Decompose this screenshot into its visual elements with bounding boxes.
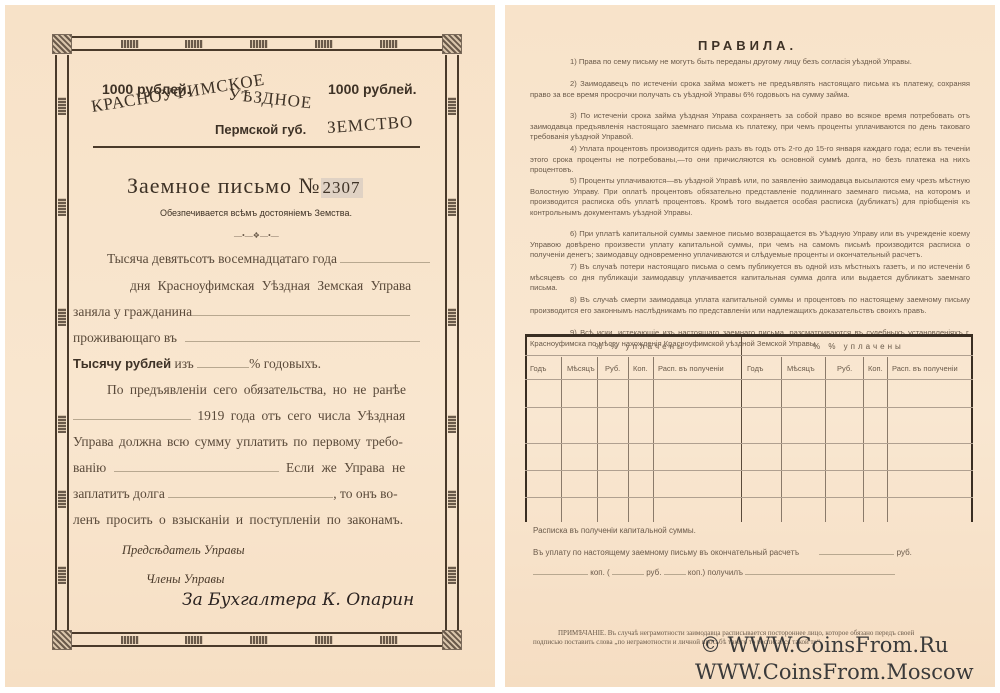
border-ornament-icon	[448, 566, 456, 584]
body-line-4: проживающаго въ	[73, 330, 420, 346]
frame-bottom-line-inner	[65, 645, 450, 647]
column-header: Мѣсяцъ	[567, 364, 595, 373]
border-ornament-icon	[380, 40, 398, 48]
table-border-right	[971, 337, 973, 522]
border-ornament-icon	[315, 40, 333, 48]
column-header: Расп. въ полученiи	[892, 364, 958, 373]
border-ornament-icon	[250, 40, 268, 48]
rule-6: 6) При уплатѣ капитальной суммы заемное …	[530, 229, 970, 261]
group-header-left: % % уплачены	[595, 342, 686, 351]
body-line-8: Управа должна всю сумму уплатить по перв…	[73, 434, 403, 450]
rule-4: 4) Уплата процентовъ производится одинъ …	[530, 144, 970, 176]
table-border-left	[525, 337, 527, 522]
column-header: Руб.	[605, 364, 620, 373]
loan-letter-back-page: ПРАВИЛА. 1) Права по сему письму не могу…	[505, 5, 995, 687]
document-title-text: Заемное письмо №	[127, 173, 321, 198]
border-ornament-icon	[58, 415, 66, 433]
issuer-arc-title-mid: УѢЗДНОЕ	[227, 85, 313, 114]
receipt-line-2: коп. ( руб. коп.) получилъ	[533, 568, 895, 577]
debt-field[interactable]	[168, 488, 333, 498]
frame-right-line-inner	[457, 55, 459, 632]
serial-number: 2307	[321, 178, 363, 198]
body-line-7: 1919 года отъ сего числа Уѣздная	[73, 408, 405, 424]
receipt-line-1: Въ уплату по настоящему заемному письму …	[533, 548, 912, 557]
border-ornament-icon	[448, 198, 456, 216]
kopecks-field[interactable]	[533, 568, 588, 575]
rubles-words-field[interactable]	[612, 568, 644, 575]
loan-letter-front-page: 1000 рублей. 1000 рублей. КРАСНОУФИМСКОЕ…	[5, 5, 495, 687]
column-header: Коп.	[868, 364, 883, 373]
kopecks-words-field[interactable]	[664, 568, 686, 575]
frame-right-line	[445, 55, 447, 632]
body-line-2: дня Красноуфимская Уѣздная Земская Управ…	[130, 278, 411, 294]
chairman-label: Предсѣдатель Управы	[122, 543, 245, 558]
border-ornament-icon	[121, 40, 139, 48]
watermark-line-1: © WWW.CoinsFrom.Ru	[700, 633, 948, 657]
border-ornament-icon	[58, 490, 66, 508]
rules-title: ПРАВИЛА.	[698, 38, 797, 53]
frame-bottom-line	[65, 632, 450, 634]
rule-2: 2) Заимодавецъ по истеченiи срока займа …	[530, 79, 970, 100]
interest-rate-field[interactable]	[197, 358, 249, 368]
border-ornament-icon	[448, 490, 456, 508]
border-ornament-icon	[58, 198, 66, 216]
body-line-11: ленъ просить о взысканiи и поступленiи п…	[73, 512, 403, 528]
accountant-signature: За Бухгалтера К. Опарин	[182, 590, 414, 610]
body-line-6: По предъявленiи сего обязательства, но н…	[107, 382, 406, 398]
secured-by-text: Обезпечивается всѣмъ достоянiемъ Земства…	[160, 208, 352, 218]
corner-ornament-icon	[52, 34, 72, 54]
year-day-field[interactable]	[340, 253, 430, 263]
border-ornament-icon	[58, 97, 66, 115]
border-ornament-icon	[380, 636, 398, 644]
issuer-arc-title-right: ЗЕМСТВО	[326, 112, 414, 138]
rule-7: 7) Въ случаѣ потери настоящаго письма о …	[530, 262, 970, 294]
received-by-field[interactable]	[745, 568, 895, 575]
document-title: Заемное письмо №2307	[127, 173, 363, 199]
border-ornament-icon	[448, 97, 456, 115]
province-label: Пермской губ.	[215, 122, 306, 137]
border-ornament-icon	[58, 566, 66, 584]
body-line-3: заняла у гражданина	[73, 304, 410, 320]
border-ornament-icon	[448, 308, 456, 326]
demand-field[interactable]	[114, 462, 279, 472]
column-header: Расп. въ полученiи	[658, 364, 724, 373]
border-ornament-icon	[58, 308, 66, 326]
column-header: Руб.	[837, 364, 852, 373]
frame-left-line	[55, 55, 57, 632]
residence-field[interactable]	[185, 332, 420, 342]
border-ornament-icon	[315, 636, 333, 644]
watermark-line-2: WWW.CoinsFrom.Moscow	[695, 660, 974, 684]
frame-left-line-inner	[67, 55, 69, 632]
body-line-5: Тысячу рублей изъ % годовыхъ.	[73, 356, 321, 372]
citizen-name-field[interactable]	[192, 306, 410, 316]
header-divider	[93, 146, 420, 148]
frame-top-line	[65, 36, 450, 38]
column-header: Годъ	[530, 364, 546, 373]
members-label: Члены Управы	[146, 572, 224, 587]
corner-ornament-icon	[442, 34, 462, 54]
border-ornament-icon	[448, 415, 456, 433]
border-ornament-icon	[185, 636, 203, 644]
corner-ornament-icon	[442, 630, 462, 650]
column-header: Коп.	[633, 364, 648, 373]
denomination-right: 1000 рублей.	[328, 81, 416, 97]
body-line-9: ванiю Если же Управа не	[73, 460, 405, 476]
rule-3: 3) По истеченiи срока займа уѣздная Упра…	[530, 111, 970, 143]
date-field[interactable]	[73, 410, 191, 420]
border-ornament-icon	[185, 40, 203, 48]
rule-8: 8) Въ случаѣ смерти заимодавца уплата ка…	[530, 295, 970, 316]
border-ornament-icon	[121, 636, 139, 644]
rule-5: 5) Проценты уплачиваются—въ уѣздной Упра…	[530, 176, 970, 218]
border-ornament-icon	[250, 636, 268, 644]
ornamental-divider: —•—❖—•—	[234, 231, 279, 240]
rule-1: 1) Права по сему письму не могутъ быть п…	[530, 57, 970, 68]
interest-payments-table: % % уплачены % % уплачены Годъ Мѣсяцъ Ру…	[525, 334, 973, 522]
body-line-1: Тысяча девятьсотъ восемнадцатаго года	[107, 251, 430, 267]
final-amount-field[interactable]	[819, 548, 894, 555]
column-header: Мѣсяцъ	[787, 364, 815, 373]
corner-ornament-icon	[52, 630, 72, 650]
receipt-title: Расписка въ полученiи капитальной суммы.	[533, 526, 696, 535]
column-header: Годъ	[747, 364, 763, 373]
body-line-10: заплатитъ долга , то онъ во-	[73, 486, 398, 502]
frame-top-line-inner	[65, 49, 450, 51]
group-header-right: % % уплачены	[813, 342, 904, 351]
